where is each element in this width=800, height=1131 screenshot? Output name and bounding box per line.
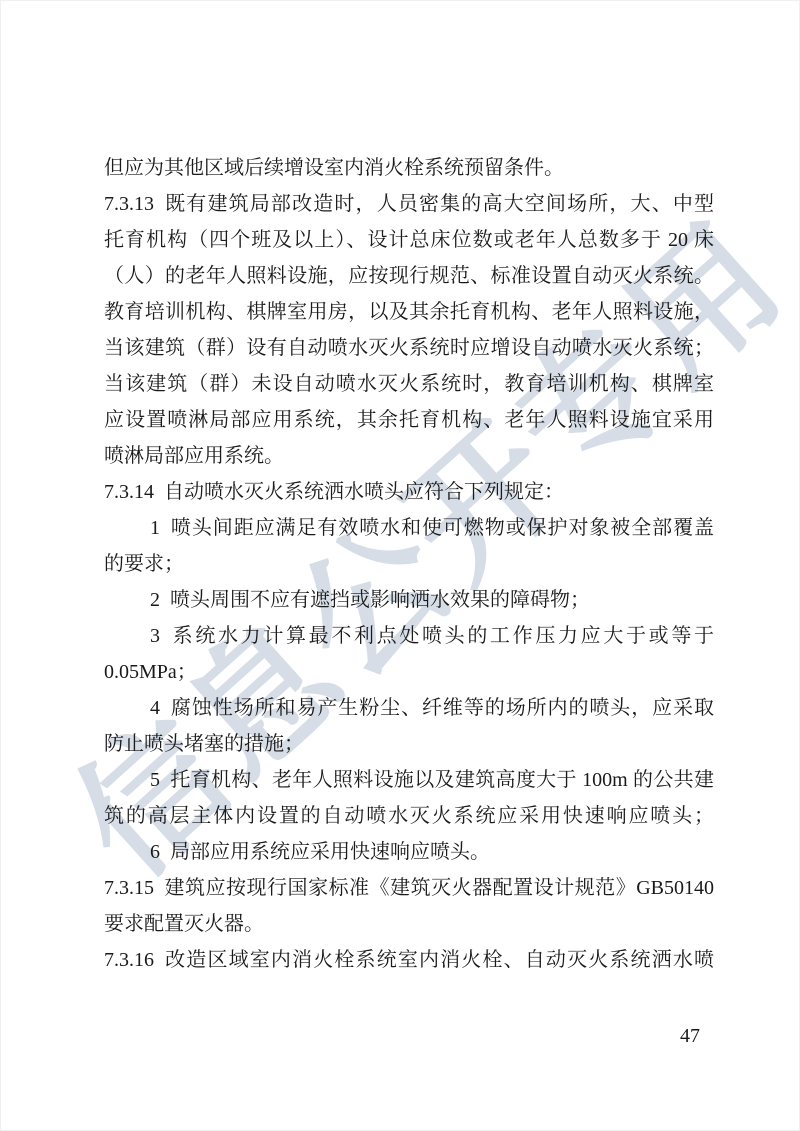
text-line: 但应为其他区域后续增设室内消火栓系统预留条件。 (104, 150, 714, 186)
text-line: 当该建筑（群）设有自动喷水灭火系统时应增设自动喷水灭火系统； (104, 330, 714, 366)
text-line: 当该建筑（群）未设自动喷水灭火系统时，教育培训机构、棋牌室 (104, 366, 714, 402)
text-line-section-7-3-14: 7.3.14 自动喷水灭火系统洒水喷头应符合下列规定： (104, 474, 714, 510)
text-line: 应设置喷淋局部应用系统，其余托育机构、老年人照料设施宜采用 (104, 402, 714, 438)
text-line-item-1: 1 喷头间距应满足有效喷水和使可燃物或保护对象被全部覆盖 (104, 510, 714, 546)
text-line: 喷淋局部应用系统。 (104, 438, 714, 474)
text-line: 要求配置灭火器。 (104, 906, 714, 942)
text-line-section-7-3-15: 7.3.15 建筑应按现行国家标准《建筑灭火器配置设计规范》GB50140 (104, 870, 714, 906)
text-line: （人）的老年人照料设施，应按现行规范、标准设置自动灭火系统。 (104, 258, 714, 294)
text-line-section-7-3-13: 7.3.13 既有建筑局部改造时，人员密集的高大空间场所，大、中型 (104, 186, 714, 222)
text-line-section-7-3-16: 7.3.16 改造区域室内消火栓系统室内消火栓、自动灭火系统洒水喷 (104, 942, 714, 978)
text-line: 防止喷头堵塞的措施； (104, 726, 714, 762)
text-line: 托育机构（四个班及以上）、设计总床位数或老年人总数多于 20 床 (104, 222, 714, 258)
text-line-item-2: 2 喷头周围不应有遮挡或影响洒水效果的障碍物； (104, 582, 714, 618)
text-line: 0.05MPa； (104, 654, 714, 690)
text-line: 的要求； (104, 546, 714, 582)
body-text-block: 但应为其他区域后续增设室内消火栓系统预留条件。 7.3.13 既有建筑局部改造时… (104, 150, 714, 978)
text-line-item-4: 4 腐蚀性场所和易产生粉尘、纤维等的场所内的喷头，应采取 (104, 690, 714, 726)
text-line-item-5: 5 托育机构、老年人照料设施以及建筑高度大于 100m 的公共建 (104, 762, 714, 798)
text-line: 教育培训机构、棋牌室用房，以及其余托育机构、老年人照料设施， (104, 294, 714, 330)
text-line-item-6: 6 局部应用系统应采用快速响应喷头。 (104, 834, 714, 870)
document-page: 信息公开专用 但应为其他区域后续增设室内消火栓系统预留条件。 7.3.13 既有… (0, 0, 800, 1131)
text-line: 筑的高层主体内设置的自动喷水灭火系统应采用快速响应喷头； (104, 798, 714, 834)
text-line-item-3: 3 系统水力计算最不利点处喷头的工作压力应大于或等于 (104, 618, 714, 654)
page-number: 47 (660, 1022, 720, 1050)
